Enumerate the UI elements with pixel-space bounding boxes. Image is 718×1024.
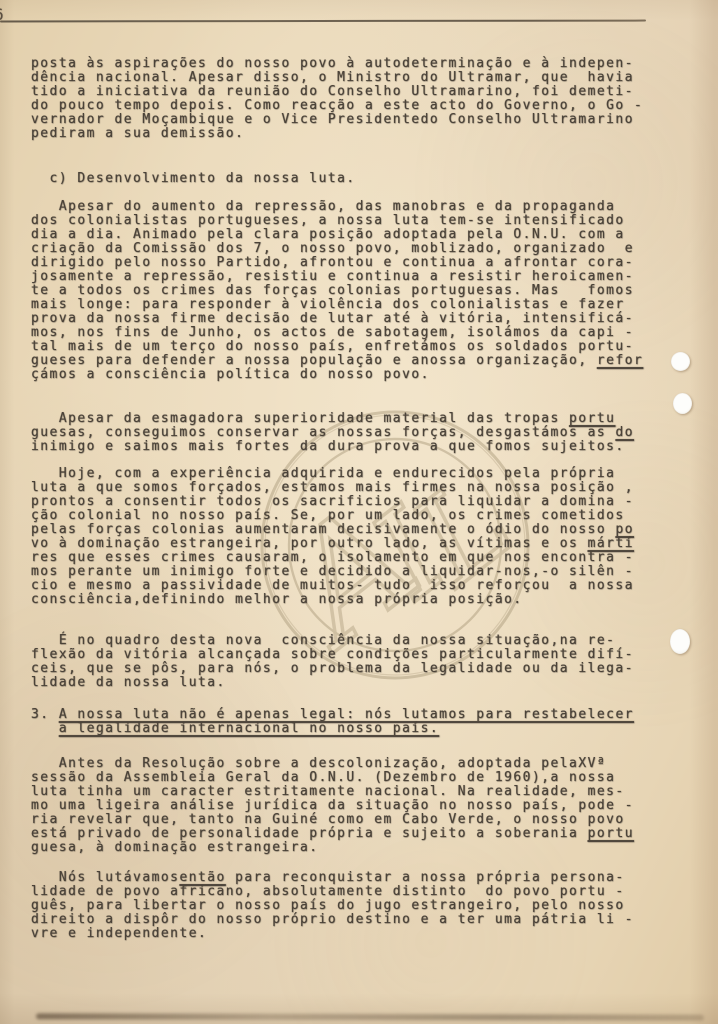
paragraph-nova-consciencia: É no quadro desta nova consciência da no… — [31, 634, 634, 690]
paragraph-desenvolvimento-luta: Apesar do aumento da repressão, das mano… — [31, 200, 643, 382]
paragraph-superioridade-material: Apesar da esmagadora superioridade mater… — [31, 412, 634, 454]
paragraph-resolucao-descolonizacao: Antes da Resolução sobre a descolonizaçã… — [31, 757, 634, 855]
paragraph-experiencia-adquirida: Hoje, com a experiência adquirida e endu… — [31, 467, 634, 607]
typed-text-layer: posta às aspirações do nosso povo à auto… — [31, 0, 691, 1024]
punch-hole — [673, 393, 692, 414]
paragraph-continuation-autodeterminacao: posta às aspirações do nosso povo à auto… — [31, 57, 643, 141]
scanned-document-page: { "page": { "number_partial": "6", "pape… — [0, 0, 718, 1024]
heading-3-luta-legal: 3. A nossa luta não é apenas legal: nós … — [31, 708, 634, 736]
punch-hole — [670, 629, 690, 654]
paragraph-reconquistar-personalidade: Nós lutávamosentão para reconquistar a n… — [31, 871, 634, 941]
punch-hole — [671, 352, 690, 371]
heading-c-desenvolvimento: c) Desenvolvimento da nossa luta. — [31, 172, 356, 186]
